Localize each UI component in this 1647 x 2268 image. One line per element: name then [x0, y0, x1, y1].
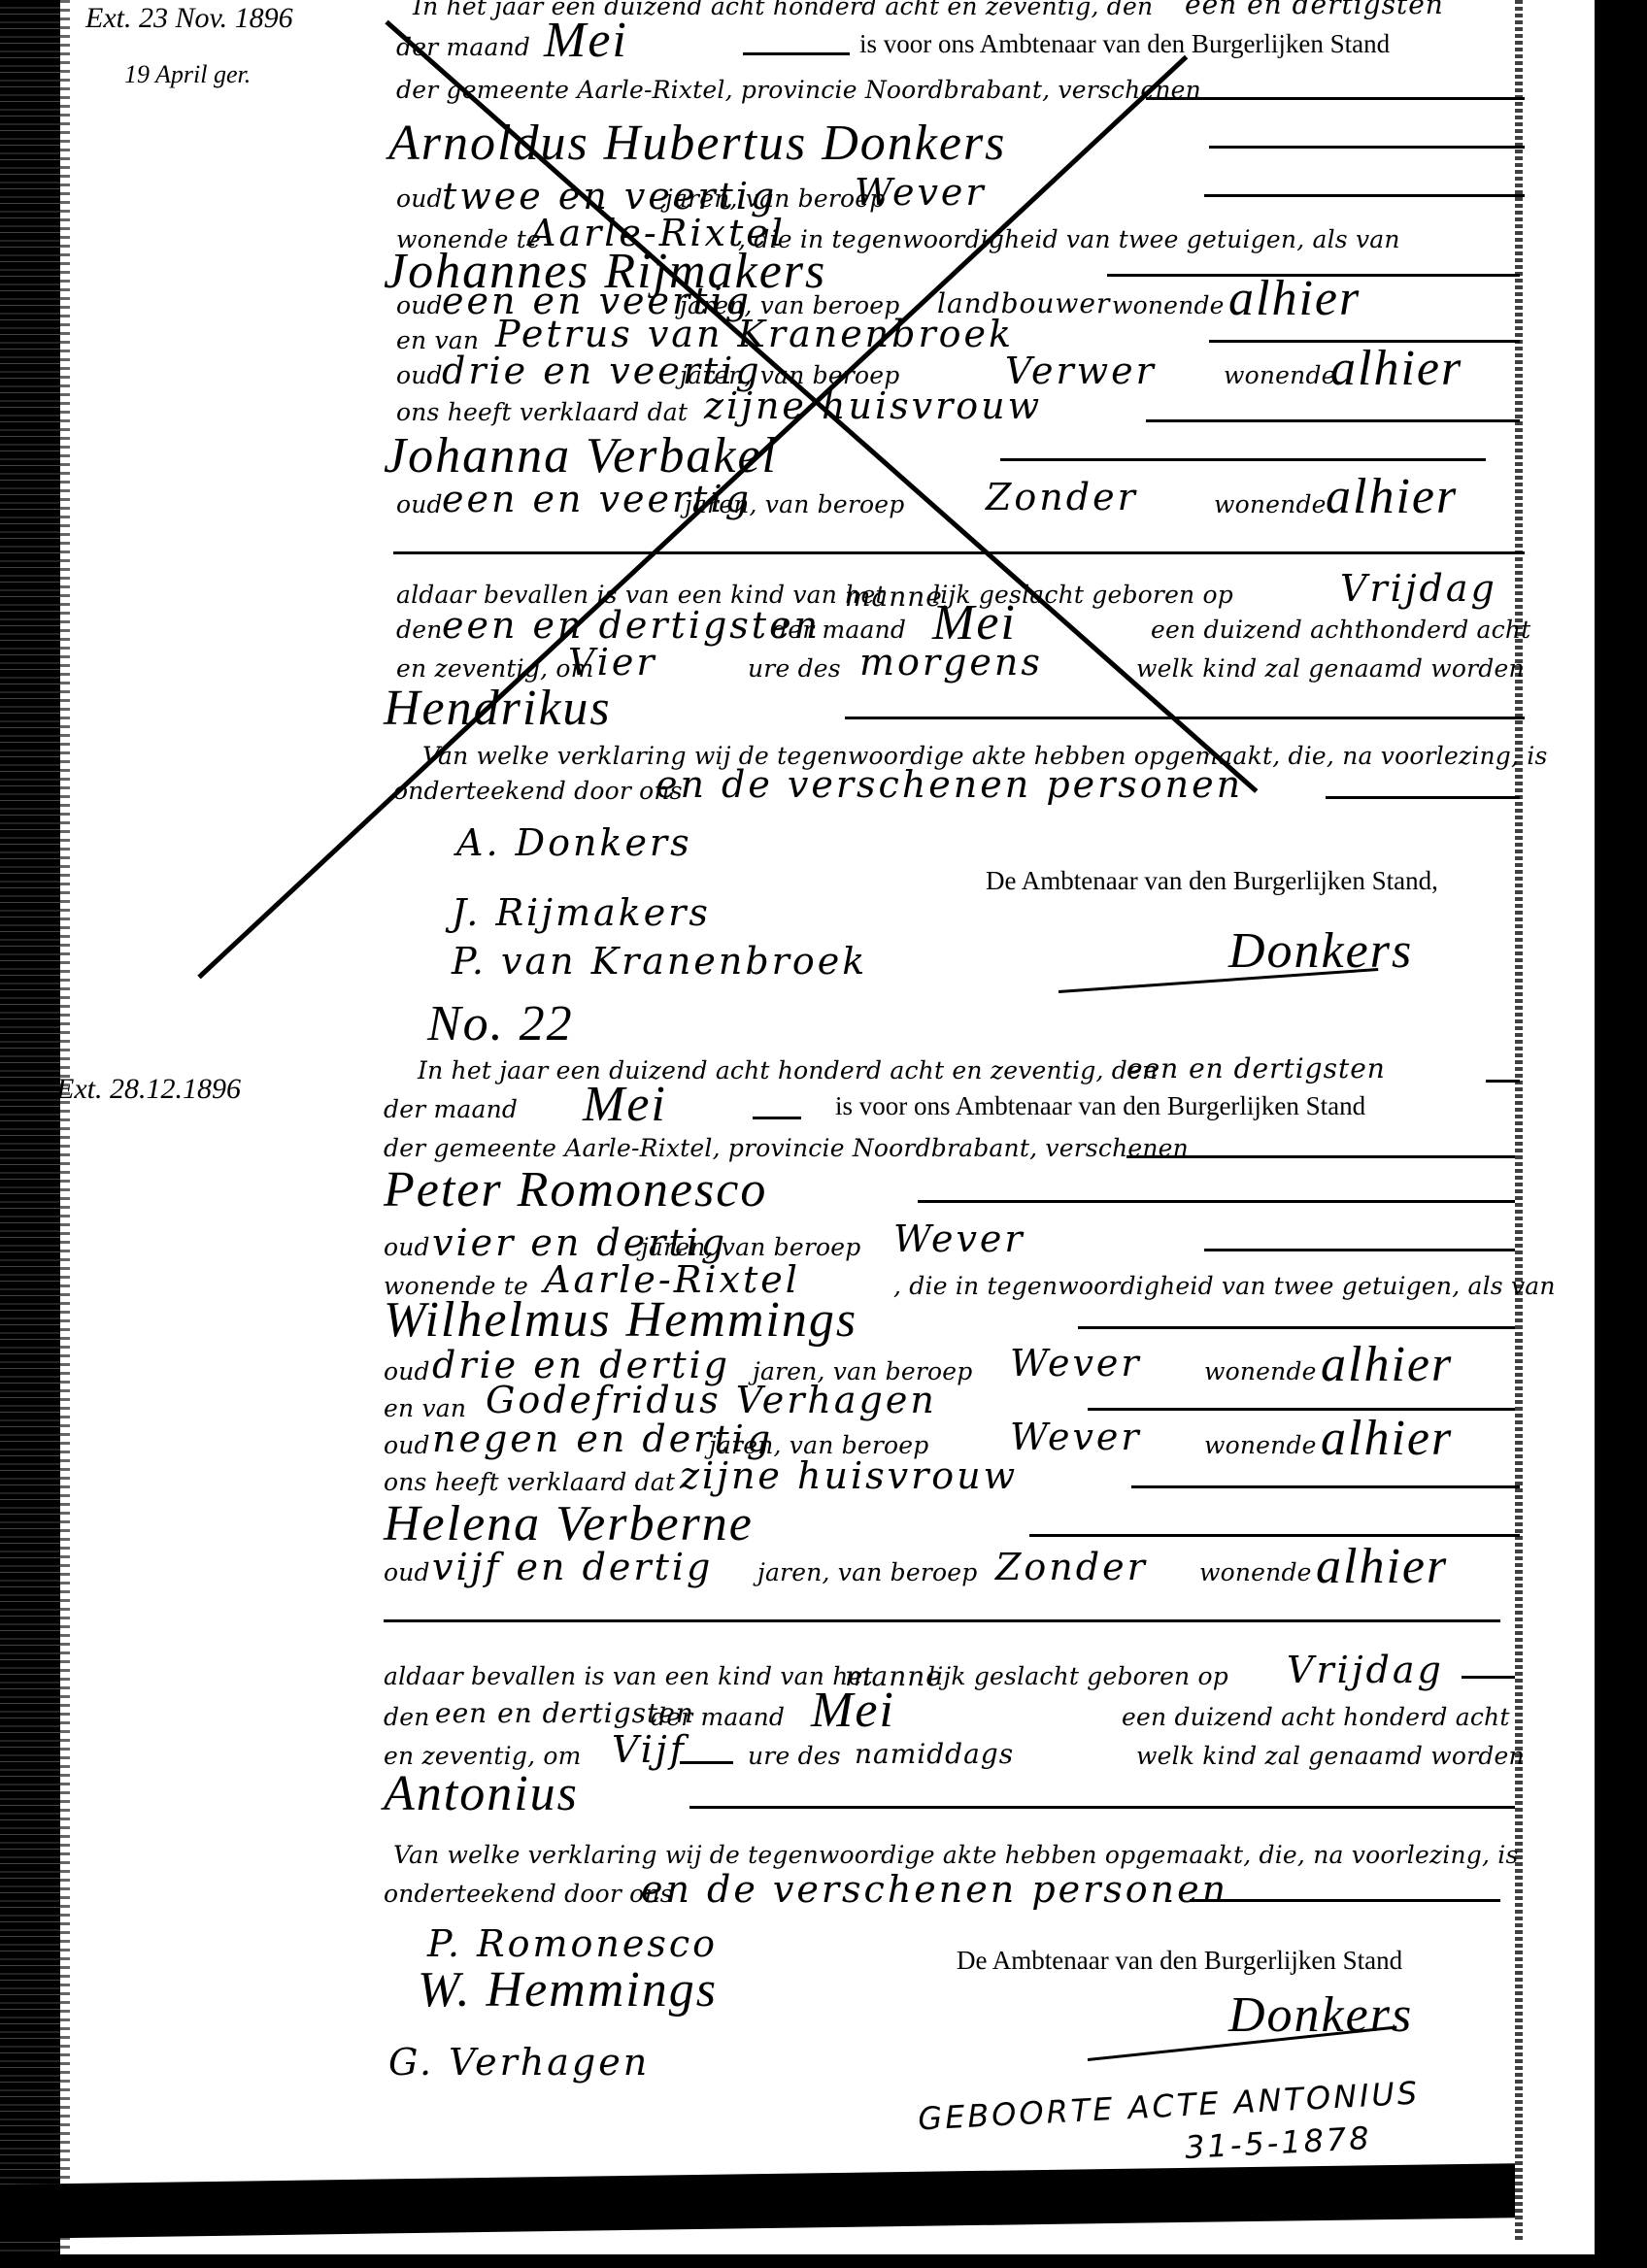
- r2-signature-witness1: W. Hemmings: [418, 1961, 718, 2018]
- r1-birth-daypart: morgens: [859, 641, 1043, 684]
- r2-birth-daypart: namiddags: [855, 1738, 1014, 1770]
- r2-signature-witness2: G. Verhagen: [388, 2041, 650, 2084]
- r2-mother-name: Helena Verberne: [384, 1495, 754, 1552]
- r1-birth1-gender: manne: [845, 581, 943, 613]
- r2-birth1-b: lijk geslacht geboren op: [927, 1662, 1228, 1690]
- r2-line2-printed-a: der maand: [384, 1095, 518, 1123]
- r2-month: Mei: [583, 1076, 667, 1133]
- r2-child-name: Antonius: [384, 1765, 579, 1822]
- r1-father-name: Arnoldus Hubertus Donkers: [388, 115, 1006, 172]
- r1-mother-profession: Zonder: [986, 476, 1138, 518]
- r2-line1-printed: In het jaar een duizend acht honderd ach…: [418, 1056, 1158, 1084]
- page-right-edge: [1515, 0, 1523, 2243]
- r2-birth-weekday: Vrijdag: [1287, 1649, 1444, 1691]
- r2-birth2-a: den: [384, 1703, 430, 1731]
- margin-note-record-2: Ext. 28.12.1896: [56, 1073, 241, 1106]
- r1-witness1-residence: alhier: [1228, 270, 1361, 327]
- record-number: No. 22: [427, 995, 574, 1052]
- r1-birth2-c: een duizend achthonderd acht: [1151, 616, 1530, 644]
- r1-father-age-b: jaren, van beroep: [665, 184, 885, 213]
- r2-signature-father: P. Romonesco: [427, 1922, 718, 1965]
- r1-witness2-residence: alhier: [1330, 340, 1462, 397]
- r2-witness2-name: Godefridus Verhagen: [486, 1379, 937, 1421]
- r2-birth2-c: een duizend acht honderd acht: [1122, 1703, 1510, 1731]
- r1-birth-weekday: Vrijdag: [1340, 567, 1497, 610]
- r2-mother-age-b: jaren, van beroep: [757, 1558, 977, 1586]
- r1-birth2-b: der maand: [772, 616, 906, 644]
- margin-note-record-1-line-2: 19 April ger.: [124, 60, 251, 89]
- r1-witness1-wonende: wonende: [1112, 291, 1225, 319]
- r2-witness2-residence: alhier: [1321, 1410, 1453, 1467]
- r2-father-res-b: , die in tegenwoordigheid van twee getui…: [893, 1272, 1556, 1300]
- r2-declared-printed: ons heeft verklaard dat: [384, 1468, 675, 1496]
- r1-father-res-b: , die in tegenwoordigheid van twee getui…: [738, 225, 1400, 253]
- r1-father-profession: Wever: [855, 171, 987, 214]
- r1-line3-printed: der gemeente Aarle-Rixtel, provincie Noo…: [396, 76, 1201, 104]
- r2-father-name: Peter Romonesco: [384, 1161, 767, 1218]
- r2-official-label: De Ambtenaar van den Burgerlijken Stand: [957, 1946, 1402, 1976]
- r1-witness2-wonende: wonende: [1224, 361, 1336, 389]
- r2-witness1-wonende: wonende: [1204, 1357, 1317, 1385]
- r2-father-profession: Wever: [893, 1217, 1025, 1260]
- r2-mother-age-a: oud: [384, 1558, 430, 1586]
- r2-mother-profession: Zonder: [995, 1546, 1148, 1588]
- r1-witness2-age-a: oud: [396, 361, 443, 389]
- r2-line1-day: een en dertigsten: [1126, 1052, 1386, 1084]
- r2-witness2-age-a: oud: [384, 1431, 430, 1459]
- r1-birth3-b: ure des: [748, 654, 841, 683]
- r1-line1-printed: In het jaar een duizend acht honderd ach…: [413, 0, 1153, 20]
- r1-line2-printed-b: is voor ons Ambtenaar van den Burgerlijk…: [859, 29, 1390, 59]
- r1-signature-witness1: J. Rijmakers: [452, 891, 711, 934]
- r2-closing2-hand: en de verschenen personen: [641, 1868, 1228, 1911]
- r2-mother-residence: alhier: [1316, 1538, 1448, 1595]
- r1-birth3-a: en zeventig, om: [396, 654, 594, 683]
- r1-birth-hour: Vier: [568, 641, 657, 684]
- r2-closing2-printed: onderteekend door ons: [384, 1880, 673, 1908]
- r1-mother-residence: alhier: [1326, 468, 1458, 525]
- r2-birth3-b: ure des: [748, 1742, 841, 1770]
- r2-mother-wonende: wonende: [1199, 1558, 1312, 1586]
- r1-birth3-c: welk kind zal genaamd worden: [1136, 654, 1525, 683]
- r2-birth-hour: Vijf: [612, 1728, 687, 1771]
- r2-father-age-b: jaren, van beroep: [641, 1233, 860, 1261]
- r1-signature-witness2: P. van Kranenbroek: [452, 940, 867, 983]
- r2-witness1-residence: alhier: [1321, 1336, 1453, 1393]
- r1-declared-hand: zijne huisvrouw: [704, 384, 1042, 427]
- register-page: Ext. 23 Nov. 1896 19 April ger. Ext. 28.…: [0, 0, 1595, 2254]
- r1-child-name: Hendrikus: [384, 680, 612, 737]
- r1-mother-age-a: oud: [396, 490, 443, 518]
- r2-closing1: Van welke verklaring wij de tegenwoordig…: [393, 1841, 1519, 1869]
- r1-month: Mei: [544, 12, 628, 69]
- r2-birth3-c: welk kind zal genaamd worden: [1136, 1742, 1525, 1770]
- r1-mother-name: Johanna Verbakel: [384, 427, 778, 484]
- margin-note-record-1-line-1: Ext. 23 Nov. 1896: [85, 2, 293, 35]
- r1-witness1-age-a: oud: [396, 291, 443, 319]
- r2-mother-age: vijf en dertig: [432, 1546, 713, 1588]
- r1-birth2-a: den: [396, 616, 443, 644]
- r2-birth-month: Mei: [811, 1682, 895, 1739]
- page-binding: [0, 0, 60, 2254]
- r2-father-age-a: oud: [384, 1233, 430, 1261]
- page-bottom-shadow: [0, 2163, 1515, 2239]
- r2-witness1-profession: Wever: [1010, 1342, 1142, 1384]
- r1-closing2-hand: en de verschenen personen: [655, 763, 1243, 806]
- r1-line1-day: een en dertigsten: [1185, 0, 1444, 20]
- r1-mother-wonende: wonende: [1214, 490, 1327, 518]
- r2-line3-printed: der gemeente Aarle-Rixtel, provincie Noo…: [384, 1134, 1189, 1162]
- r2-declared-hand: zijne huisvrouw: [680, 1454, 1018, 1497]
- stamp-line-2: 31-5-1878: [1184, 2119, 1372, 2166]
- r1-official-label: De Ambtenaar van den Burgerlijken Stand,: [986, 866, 1438, 896]
- r2-witness2-wonende: wonende: [1204, 1431, 1317, 1459]
- r2-witness1-age-a: oud: [384, 1357, 430, 1385]
- r2-birth2-b: der maand: [651, 1703, 785, 1731]
- r2-line2-printed-b: is voor ons Ambtenaar van den Burgerlijk…: [835, 1091, 1365, 1121]
- r1-declared-printed: ons heeft verklaard dat: [396, 398, 688, 426]
- r2-witness1-name: Wilhelmus Hemmings: [384, 1291, 857, 1349]
- r2-birth1-a: aldaar bevallen is van een kind van het: [384, 1662, 873, 1690]
- r1-closing2-printed: onderteekend door ons: [393, 777, 683, 805]
- r1-signature-father: A. Donkers: [456, 821, 692, 864]
- r2-witness2-profession: Wever: [1010, 1416, 1142, 1458]
- r1-father-age-a: oud: [396, 184, 443, 213]
